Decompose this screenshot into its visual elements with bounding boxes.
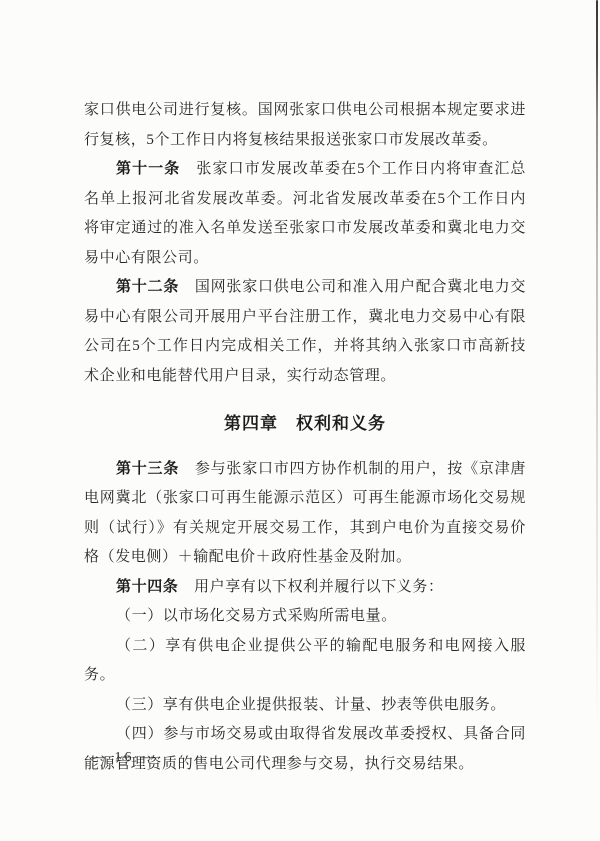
- article-13-label: 第十三条: [116, 461, 179, 477]
- paragraph-article-13: 第十三条 参与张家口市四方协作机制的用户，按《京津唐电网冀北（张家口可再生能源示…: [84, 455, 526, 573]
- paragraph-article-14: 第十四条 用户享有以下权利并履行以下义务：: [84, 573, 526, 603]
- list-item-2: （二）享有供电企业提供公平的输配电服务和电网接入服务。: [84, 632, 526, 691]
- paragraph-article-11: 第十一条 张家口市发展改革委在5个工作日内将审查汇总名单上报河北省发展改革委。河…: [84, 155, 526, 273]
- document-page: 家口供电公司进行复核。国网张家口供电公司根据本规定要求进行复核，5个工作日内将复…: [0, 0, 600, 841]
- article-14-label: 第十四条: [116, 579, 178, 595]
- list-item-1: （一）以市场化交易方式采购所需电量。: [84, 602, 526, 632]
- paragraph-continuation: 家口供电公司进行复核。国网张家口供电公司根据本规定要求进行复核，5个工作日内将复…: [84, 96, 526, 155]
- article-11-label: 第十一条: [116, 161, 180, 177]
- page-number: — 16 —: [91, 750, 158, 766]
- article-12-label: 第十二条: [116, 279, 179, 295]
- chapter-heading: 第四章 权利和义务: [84, 409, 526, 439]
- scan-artifact-line: [596, 0, 598, 730]
- document-body: 家口供电公司进行复核。国网张家口供电公司根据本规定要求进行复核，5个工作日内将复…: [84, 96, 526, 779]
- paragraph-article-12: 第十二条 国网张家口供电公司和准入用户配合冀北电力交易中心有限公司开展用户平台注…: [84, 273, 526, 391]
- list-item-3: （三）享有供电企业提供报装、计量、抄表等供电服务。: [84, 691, 526, 721]
- article-14-text: 用户享有以下权利并履行以下义务：: [178, 579, 443, 595]
